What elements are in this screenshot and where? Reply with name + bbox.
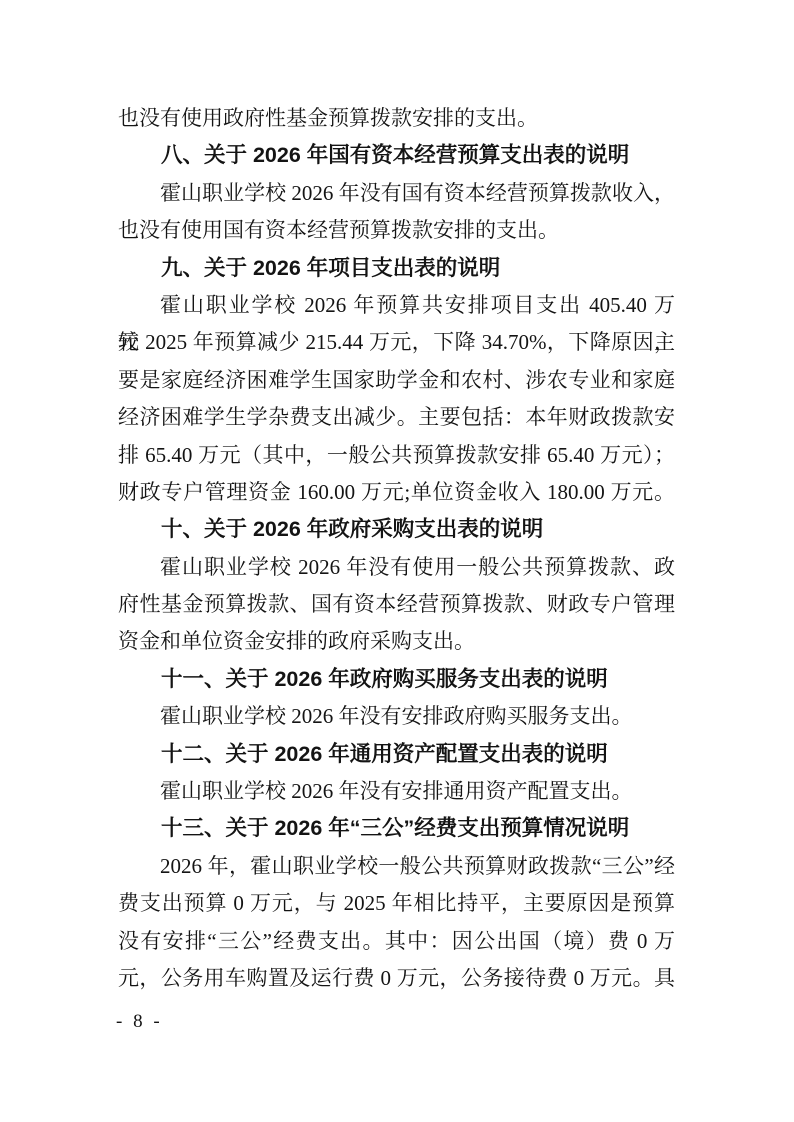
body-text-line: 府性基金预算拨款、国有资本经营预算拨款、财政专户管理	[118, 586, 675, 623]
section-heading: 十、关于 2026 年政府采购支出表的说明	[118, 511, 675, 548]
section-heading: 十二、关于 2026 年通用资产配置支出表的说明	[118, 736, 675, 773]
body-text-line: 也没有使用政府性基金预算拨款安排的支出。	[118, 100, 675, 137]
body-text-line: 经济困难学生学杂费支出减少。主要包括：本年财政拨款安	[118, 399, 675, 436]
document-page: 也没有使用政府性基金预算拨款安排的支出。八、关于 2026 年国有资本经营预算支…	[0, 0, 794, 1122]
section-heading: 十三、关于 2026 年“三公”经费支出预算情况说明	[118, 810, 675, 847]
body-text-line: 要是家庭经济困难学生国家助学金和农村、涉农专业和家庭	[118, 362, 675, 399]
document-lines: 也没有使用政府性基金预算拨款安排的支出。八、关于 2026 年国有资本经营预算支…	[118, 100, 675, 997]
body-text-line: 费支出预算 0 万元，与 2025 年相比持平，主要原因是预算	[118, 885, 675, 922]
body-text-line: 霍山职业学校 2026 年没有使用一般公共预算拨款、政	[118, 549, 675, 586]
body-text-line: 霍山职业学校 2026 年没有安排政府购买服务支出。	[118, 698, 675, 735]
body-text-line: 财政专户管理资金 160.00 万元;单位资金收入 180.00 万元。	[118, 474, 675, 511]
section-heading: 十一、关于 2026 年政府购买服务支出表的说明	[118, 661, 675, 698]
body-text-line: 较 2025 年预算减少 215.44 万元，下降 34.70%，下降原因主	[118, 324, 675, 361]
body-text-line: 也没有使用国有资本经营预算拨款安排的支出。	[118, 212, 675, 249]
body-text-line: 霍山职业学校 2026 年没有国有资本经营预算拨款收入，	[118, 175, 675, 212]
page-number: - 8 -	[116, 1011, 163, 1033]
body-text-line: 排 65.40 万元（其中，一般公共预算拨款安排 65.40 万元）；	[118, 437, 675, 474]
body-text-line: 资金和单位资金安排的政府采购支出。	[118, 623, 675, 660]
body-text-line: 没有安排“三公”经费支出。其中：因公出国（境）费 0 万	[118, 923, 675, 960]
body-text-line: 元，公务用车购置及运行费 0 万元，公务接待费 0 万元。具	[118, 960, 675, 997]
body-text-line: 霍山职业学校 2026 年预算共安排项目支出 405.40 万元，	[118, 287, 675, 324]
body-text-line: 霍山职业学校 2026 年没有安排通用资产配置支出。	[118, 773, 675, 810]
body-text-line: 2026 年，霍山职业学校一般公共预算财政拨款“三公”经	[118, 848, 675, 885]
section-heading: 九、关于 2026 年项目支出表的说明	[118, 250, 675, 287]
section-heading: 八、关于 2026 年国有资本经营预算支出表的说明	[118, 137, 675, 174]
